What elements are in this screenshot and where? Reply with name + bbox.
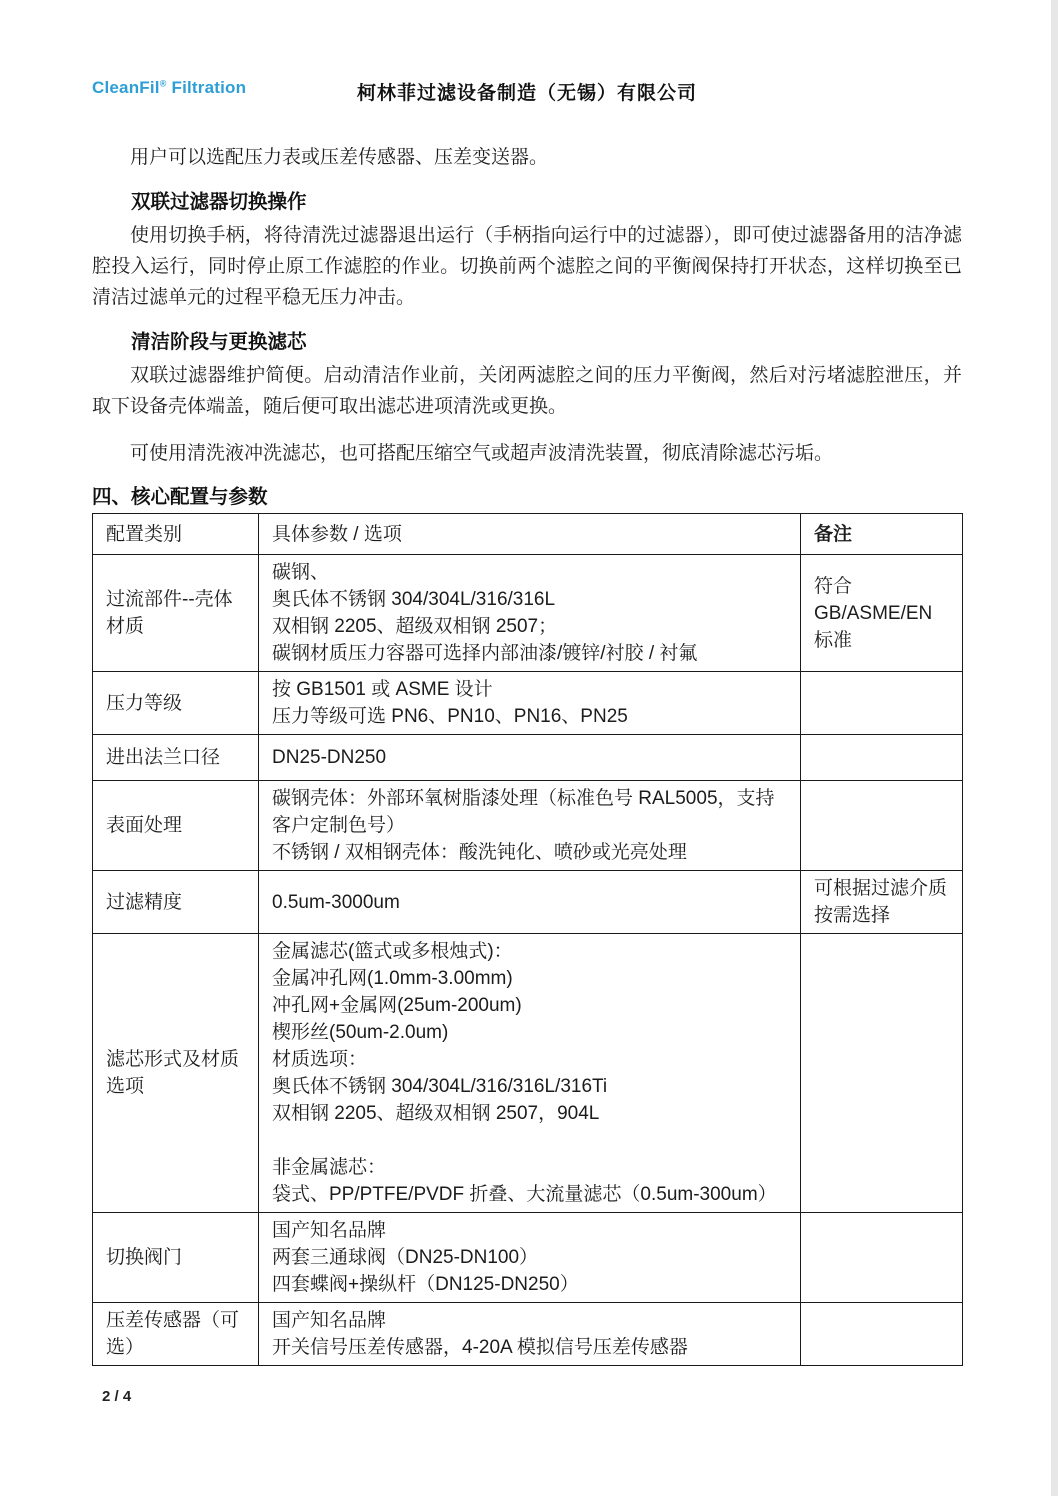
paragraph-switch-operation: 使用切换手柄，将待清洗过滤器退出运行（手柄指向运行中的过滤器），即可使过滤器备用…: [92, 220, 962, 313]
param-line: 奥氏体不锈钢 304/304L/316/316L: [272, 586, 790, 613]
table-row: 压力等级按 GB1501 或 ASME 设计压力等级可选 PN6、PN10、PN…: [93, 672, 963, 735]
param-line: 碳钢、: [272, 559, 790, 586]
param-line: 非金属滤芯：: [272, 1154, 790, 1181]
table-row: 过滤精度0.5um-3000um可根据过滤介质按需选择: [93, 871, 963, 934]
row-note: [801, 934, 963, 1213]
row-category: 过流部件--壳体材质: [93, 555, 259, 672]
param-line: 国产知名品牌: [272, 1217, 790, 1244]
row-category: 压差传感器（可选）: [93, 1303, 259, 1366]
document-page: CleanFil® Filtration 柯林菲过滤设备制造（无锡）有限公司 用…: [0, 0, 1058, 1496]
heading-cleaning-and-replacement: 清洁阶段与更换滤芯: [92, 327, 962, 358]
row-category: 表面处理: [93, 781, 259, 871]
row-category: 滤芯形式及材质选项: [93, 934, 259, 1213]
param-line: 0.5um-3000um: [272, 889, 790, 916]
param-line: 袋式、PP/PTFE/PVDF 折叠、大流量滤芯（0.5um-300um）: [272, 1181, 790, 1208]
param-line: 金属滤芯(篮式或多根烛式)：: [272, 938, 790, 965]
table-header-row: 配置类别 具体参数 / 选项 备注: [93, 514, 963, 555]
param-line: 压力等级可选 PN6、PN10、PN16、PN25: [272, 703, 790, 730]
row-note: [801, 735, 963, 781]
row-note: 可根据过滤介质按需选择: [801, 871, 963, 934]
row-params: 金属滤芯(篮式或多根烛式)：金属冲孔网(1.0mm-3.00mm)冲孔网+金属网…: [259, 934, 801, 1213]
table-row: 切换阀门国产知名品牌两套三通球阀（DN25-DN100）四套蝶阀+操纵杆（DN1…: [93, 1213, 963, 1303]
heading-core-configuration: 四、核心配置与参数: [92, 482, 962, 513]
row-category: 切换阀门: [93, 1213, 259, 1303]
row-params: 碳钢壳体：外部环氧树脂漆处理（标准色号 RAL5005，支持客户定制色号）不锈钢…: [259, 781, 801, 871]
config-table: 配置类别 具体参数 / 选项 备注 过流部件--壳体材质碳钢、奥氏体不锈钢 30…: [92, 513, 963, 1366]
param-line: DN25-DN250: [272, 744, 790, 771]
col-header-params: 具体参数 / 选项: [259, 514, 801, 555]
page-number: 2 / 4: [102, 1388, 962, 1405]
param-line: 材质选项：: [272, 1046, 790, 1073]
param-line: 双相钢 2205、超级双相钢 2507；: [272, 613, 790, 640]
param-line: 碳钢材质压力容器可选择内部油漆/镀锌/衬胶 / 衬氟: [272, 640, 790, 667]
table-row: 压差传感器（可选）国产知名品牌开关信号压差传感器，4-20A 模拟信号压差传感器: [93, 1303, 963, 1366]
row-note: [801, 781, 963, 871]
row-params: 国产知名品牌两套三通球阀（DN25-DN100）四套蝶阀+操纵杆（DN125-D…: [259, 1213, 801, 1303]
page-edge-strip: [1051, 0, 1058, 1496]
row-note: [801, 1303, 963, 1366]
param-line: [272, 1127, 790, 1154]
table-row: 过流部件--壳体材质碳钢、奥氏体不锈钢 304/304L/316/316L双相钢…: [93, 555, 963, 672]
param-line: 不锈钢 / 双相钢壳体：酸洗钝化、喷砂或光亮处理: [272, 839, 790, 866]
row-note: [801, 1213, 963, 1303]
row-params: 国产知名品牌开关信号压差传感器，4-20A 模拟信号压差传感器: [259, 1303, 801, 1366]
row-params: 碳钢、奥氏体不锈钢 304/304L/316/316L双相钢 2205、超级双相…: [259, 555, 801, 672]
param-line: 两套三通球阀（DN25-DN100）: [272, 1244, 790, 1271]
param-line: 开关信号压差传感器，4-20A 模拟信号压差传感器: [272, 1334, 790, 1361]
param-line: 双相钢 2205、超级双相钢 2507，904L: [272, 1100, 790, 1127]
row-note: [801, 672, 963, 735]
row-note: 符合 GB/ASME/EN 标准: [801, 555, 963, 672]
table-row: 进出法兰口径DN25-DN250: [93, 735, 963, 781]
heading-duplex-switch-operation: 双联过滤器切换操作: [92, 187, 962, 218]
document-header: CleanFil® Filtration 柯林菲过滤设备制造（无锡）有限公司: [92, 78, 962, 104]
row-category: 过滤精度: [93, 871, 259, 934]
company-title: 柯林菲过滤设备制造（无锡）有限公司: [92, 78, 962, 105]
row-category: 进出法兰口径: [93, 735, 259, 781]
param-line: 四套蝶阀+操纵杆（DN125-DN250）: [272, 1271, 790, 1298]
param-line: 碳钢壳体：外部环氧树脂漆处理（标准色号 RAL5005，支持: [272, 785, 790, 812]
param-line: 国产知名品牌: [272, 1307, 790, 1334]
paragraph-cleaning-methods: 可使用清洗液冲洗滤芯，也可搭配压缩空气或超声波清洗装置，彻底清除滤芯污垢。: [92, 438, 962, 469]
param-line: 冲孔网+金属网(25um-200um): [272, 992, 790, 1019]
row-params: 按 GB1501 或 ASME 设计压力等级可选 PN6、PN10、PN16、P…: [259, 672, 801, 735]
paragraph-optional-gauges: 用户可以选配压力表或压差传感器、压差变送器。: [92, 142, 962, 173]
row-category: 压力等级: [93, 672, 259, 735]
param-line: 按 GB1501 或 ASME 设计: [272, 676, 790, 703]
col-header-note: 备注: [801, 514, 963, 555]
param-line: 金属冲孔网(1.0mm-3.00mm): [272, 965, 790, 992]
row-params: 0.5um-3000um: [259, 871, 801, 934]
config-table-body: 过流部件--壳体材质碳钢、奥氏体不锈钢 304/304L/316/316L双相钢…: [93, 555, 963, 1366]
param-line: 客户定制色号）: [272, 812, 790, 839]
col-header-category: 配置类别: [93, 514, 259, 555]
table-row: 滤芯形式及材质选项金属滤芯(篮式或多根烛式)：金属冲孔网(1.0mm-3.00m…: [93, 934, 963, 1213]
table-row: 表面处理碳钢壳体：外部环氧树脂漆处理（标准色号 RAL5005，支持客户定制色号…: [93, 781, 963, 871]
row-params: DN25-DN250: [259, 735, 801, 781]
param-line: 楔形丝(50um-2.0um): [272, 1019, 790, 1046]
param-line: 奥氏体不锈钢 304/304L/316/316L/316Ti: [272, 1073, 790, 1100]
paragraph-cleaning-procedure: 双联过滤器维护简便。启动清洁作业前，关闭两滤腔之间的压力平衡阀，然后对污堵滤腔泄…: [92, 360, 962, 422]
